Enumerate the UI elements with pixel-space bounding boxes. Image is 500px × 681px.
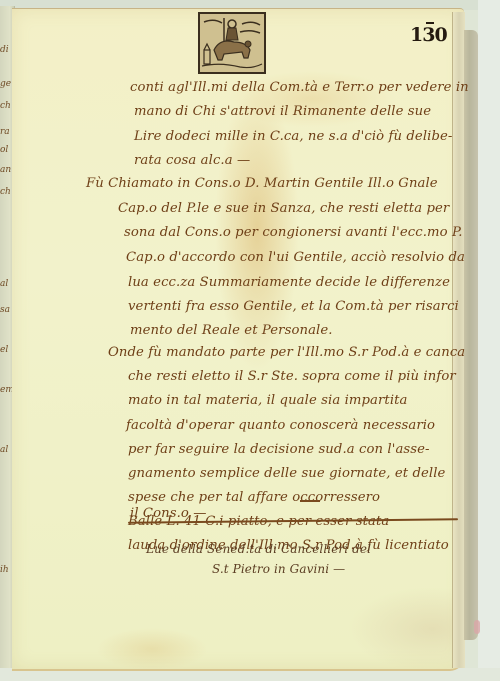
woodcut-stamp-icon	[198, 12, 266, 74]
manuscript-line: Cap.o del P.le e sue in Sanza, che resti…	[118, 201, 449, 216]
manuscript-line: Onde fù mandato parte per l'Ill.mo S.r P…	[108, 345, 465, 360]
manuscript-line: sona dal Cons.o per congionersi avanti l…	[124, 225, 463, 240]
margin-text: al	[0, 280, 8, 289]
margin-text: ge	[0, 80, 11, 89]
folio-number: 130	[410, 24, 447, 46]
margin-text: ih	[0, 566, 9, 575]
manuscript-line-closing: il Cons.o —	[130, 506, 207, 521]
signature-line: S.t Pietro in Gavini —	[212, 562, 345, 576]
margin-text: an	[0, 166, 11, 175]
scan-background-right	[478, 0, 500, 681]
margin-text: di	[0, 46, 9, 55]
manuscript-line: Fù Chiamato in Cons.o D. Martin Gentile …	[86, 176, 438, 191]
manuscript-line: mano di Chi s'attrovi il Rimanente delle…	[134, 104, 431, 119]
manuscript-line: mato in tal materia, il quale sia impart…	[128, 393, 408, 408]
manuscript-line: facoltà d'operar quanto conoscerà necess…	[126, 418, 435, 433]
manuscript-line: rata cosa alc.a —	[134, 153, 250, 168]
page-stack-edge	[464, 30, 478, 640]
margin-text: ra	[0, 128, 10, 137]
manuscript-line: lua ecc.za Summariamente decide le diffe…	[128, 275, 450, 290]
margin-text: al	[0, 446, 8, 455]
margin-text: el	[0, 346, 8, 355]
manuscript-line: mento del Reale et Personale.	[130, 323, 333, 338]
manuscript-line: Cap.o d'accordo con l'ui Gentile, acciò …	[126, 250, 465, 265]
manuscript-line: spese che per tal affare occorressero	[128, 490, 380, 505]
manuscript-line: gnamento semplice delle sue giornate, et…	[128, 466, 445, 481]
manuscript-line: che resti eletto il S.r Ste. sopra come …	[128, 369, 456, 384]
margin-text: ch	[0, 102, 11, 111]
flourish-dash	[300, 500, 320, 502]
margin-text: ol	[0, 146, 8, 155]
margin-text: ch	[0, 188, 11, 197]
signature-line: Lue della Sened.ta di Cancellieri del	[146, 542, 371, 556]
manuscript-line: conti agl'Ill.mi della Com.tà e Terr.o p…	[130, 80, 469, 95]
stain-mark	[474, 620, 480, 634]
manuscript-line: vertenti fra esso Gentile, et la Com.tà …	[128, 299, 459, 314]
margin-text: sa	[0, 306, 10, 315]
manuscript-line: Lire dodeci mille in C.ca, ne s.a d'ciò …	[134, 129, 452, 144]
manuscript-line: per far seguire la decisione sud.a con l…	[128, 442, 430, 457]
